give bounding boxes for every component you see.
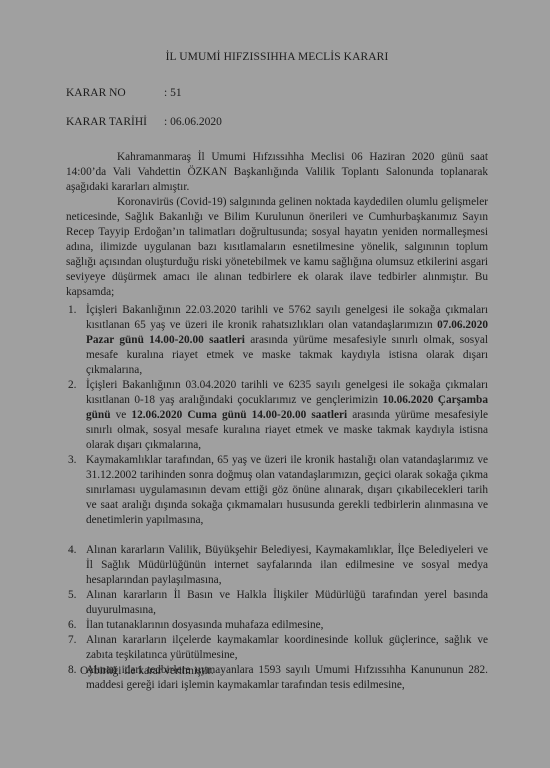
- context-paragraph: Koronavirüs (Covid-19) salgınında geline…: [66, 195, 488, 300]
- decision-number-row: KARAR NO: 51: [66, 86, 182, 101]
- decision-item-text: ve: [111, 409, 132, 421]
- decision-item-text: İlan tutanaklarının dosyasında muhafaza …: [86, 619, 323, 631]
- decision-item-number: 5.: [66, 588, 86, 603]
- closing-statement: Oybirliği ile karar verilmiştir.: [66, 664, 214, 679]
- decision-number-label: KARAR NO: [66, 86, 164, 101]
- decision-item-text: İçişleri Bakanlığının 22.03.2020 tarihli…: [86, 304, 488, 331]
- decision-item-number: 1.: [66, 303, 86, 318]
- decision-item: 5.Alınan kararların İl Basın ve Halkla İ…: [66, 588, 488, 618]
- decision-item-text: Kaymakamlıklar tarafından, 65 yaş ve üze…: [86, 454, 488, 526]
- document-title: İL UMUMİ HIFZISSIHHA MECLİS KARARI: [66, 50, 488, 65]
- decision-items-list: 1.İçişleri Bakanlığının 22.03.2020 tarih…: [66, 303, 488, 693]
- decision-item: 3.Kaymakamlıklar tarafından, 65 yaş ve ü…: [66, 453, 488, 528]
- decision-item-number: 2.: [66, 378, 86, 393]
- decision-item: 6.İlan tutanaklarının dosyasında muhafaz…: [66, 618, 488, 633]
- decision-item-text: Alınan kararların Valilik, Büyükşehir Be…: [86, 544, 488, 586]
- intro-paragraph: Kahramanmaraş İl Umumi Hıfzıssıhha Mecli…: [66, 150, 488, 195]
- decision-date-label: KARAR TARİHİ: [66, 115, 164, 130]
- decision-item: 4.Alınan kararların Valilik, Büyükşehir …: [66, 543, 488, 588]
- decision-date-row: KARAR TARİHİ: 06.06.2020: [66, 115, 222, 130]
- decision-item-number: 3.: [66, 453, 86, 468]
- decision-item-number: 6.: [66, 618, 86, 633]
- decision-item: 7.Alınan kararların ilçelerde kaymakamla…: [66, 633, 488, 663]
- decision-item: 2.İçişleri Bakanlığının 03.04.2020 tarih…: [66, 378, 488, 453]
- decision-item-number: 7.: [66, 633, 86, 648]
- decision-number-value: : 51: [164, 87, 182, 99]
- decision-item-text: Alınan kararların ilçelerde kaymakamlar …: [86, 634, 488, 661]
- decision-item: 1.İçişleri Bakanlığının 22.03.2020 tarih…: [66, 303, 488, 378]
- decision-item-number: 4.: [66, 543, 86, 558]
- decision-date-value: : 06.06.2020: [164, 116, 222, 128]
- decision-item-emphasis: 12.06.2020 Cuma günü 14.00-20.00 saatler…: [131, 409, 347, 421]
- decision-item-text: Alınan kararların İl Basın ve Halkla İli…: [86, 589, 488, 616]
